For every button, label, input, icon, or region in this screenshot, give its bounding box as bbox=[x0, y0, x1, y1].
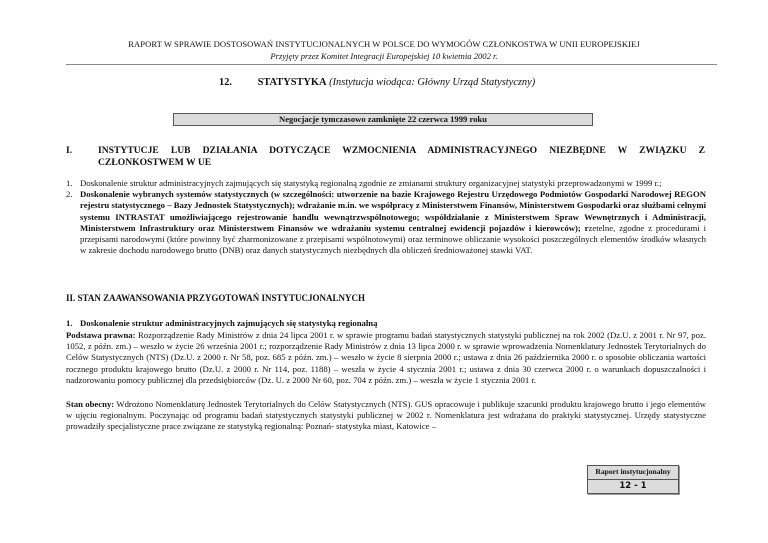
legal-basis-text: Rozporządzenie Rady Ministrów z dnia 24 … bbox=[66, 330, 706, 385]
section-2-heading: II. STAN ZAAWANSOWANIA PRZYGOTOWAŃ INSTY… bbox=[66, 293, 365, 303]
chapter-number: 12. bbox=[219, 77, 255, 88]
chapter-title: STATYSTYKA bbox=[258, 77, 327, 88]
list-item-number: 2. bbox=[66, 189, 73, 200]
current-state-label: Stan obecny: bbox=[66, 399, 114, 409]
section-1-title-line1: INSTYTUCJE LUB DZIAŁANIA DOTYCZĄCE WZMOC… bbox=[98, 145, 705, 157]
list-item-text: Doskonalenie struktur administracyjnych … bbox=[80, 178, 662, 188]
subsection-number: 1. bbox=[66, 318, 80, 328]
section-1-title-line2: CZŁONKOSTWEM W UE bbox=[98, 157, 211, 169]
header-divider bbox=[66, 64, 717, 65]
page-footer-box: Raport instytucjonalny 12 - 1 bbox=[587, 465, 679, 494]
section-1-list: 1. Doskonalenie struktur administracyjny… bbox=[66, 178, 706, 256]
list-item-number: 1. bbox=[66, 178, 73, 189]
lead-institution: (Instytucja wiodąca: Główny Urząd Statys… bbox=[329, 77, 535, 88]
list-item: 2. Doskonalenie wybranych systemów staty… bbox=[66, 189, 706, 256]
chapter-heading: 12. STATYSTYKA (Instytucja wiodąca: Głów… bbox=[219, 77, 535, 88]
current-state-text: Wdrożono Nomenklaturę Jednostek Terytori… bbox=[66, 399, 706, 431]
section-1-number: I. bbox=[66, 145, 72, 157]
subsection-title: Doskonalenie struktur administracyjnych … bbox=[80, 318, 377, 328]
subsection-heading: 1.Doskonalenie struktur administracyjnyc… bbox=[66, 318, 377, 328]
document-page: RAPORT W SPRAWIE DOSTOSOWAŃ INSTYTUCJONA… bbox=[0, 0, 768, 543]
page-number: 12 - 1 bbox=[588, 480, 678, 493]
list-item: 1. Doskonalenie struktur administracyjny… bbox=[66, 178, 706, 189]
legal-basis-label: Podstawa prawna: bbox=[66, 330, 136, 340]
report-title: RAPORT W SPRAWIE DOSTOSOWAŃ INSTYTUCJONA… bbox=[0, 39, 768, 49]
footer-label: Raport instytucjonalny bbox=[588, 466, 678, 480]
negotiations-status-box: Negocjacje tymczasowo zamknięte 22 czerw… bbox=[173, 113, 593, 126]
report-subtitle: Przyjęty przez Komitet Integracji Europe… bbox=[0, 51, 768, 61]
legal-basis-paragraph: Podstawa prawna: Rozporządzenie Rady Min… bbox=[66, 330, 706, 386]
current-state-paragraph: Stan obecny: Wdrożono Nomenklaturę Jedno… bbox=[66, 399, 706, 433]
